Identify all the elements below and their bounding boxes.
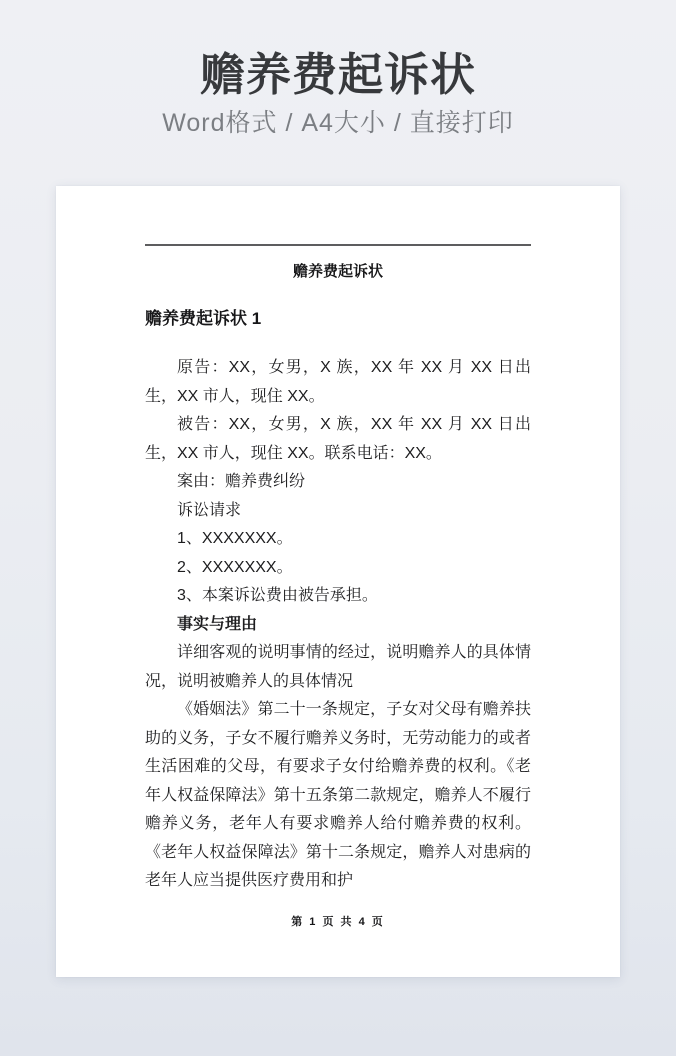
paragraph: 案由：赡养费纠纷 [145,468,531,497]
paragraph: 《婚姻法》第二十一条规定，子女对父母有赡养扶助的义务，子女不履行赡养义务时，无劳… [145,696,531,896]
paragraph: 1、XXXXXXX。 [145,525,531,554]
paragraph: 3、本案诉讼费由被告承担。 [145,582,531,611]
document-body: 原告：XX，女男，X 族，XX 年 XX 月 XX 日出生，XX 市人，现住 X… [145,354,531,896]
document-content: 赡养费起诉状 赡养费起诉状 1 原告：XX，女男，X 族，XX 年 XX 月 X… [56,186,620,896]
page-number: 第 1 页 共 4 页 [56,913,620,929]
paragraph: 原告：XX，女男，X 族，XX 年 XX 月 XX 日出生，XX 市人，现住 X… [145,354,531,411]
paragraph: 详细客观的说明事情的经过，说明赡养人的具体情况，说明被赡养人的具体情况 [145,639,531,696]
document-heading: 赡养费起诉状 1 [145,307,531,331]
page-title: 赡养费起诉状 [0,50,676,100]
document-title: 赡养费起诉状 [145,261,531,283]
paragraph: 2、XXXXXXX。 [145,554,531,583]
hero-header: 赡养费起诉状 Word格式 / A4大小 / 直接打印 [0,0,676,137]
document-page: 赡养费起诉状 赡养费起诉状 1 原告：XX，女男，X 族，XX 年 XX 月 X… [56,186,620,977]
paragraph: 被告：XX，女男，X 族，XX 年 XX 月 XX 日出生，XX 市人，现住 X… [145,411,531,468]
paragraph: 诉讼请求 [145,497,531,526]
paragraph: 事实与理由 [145,611,531,640]
page-subtitle: Word格式 / A4大小 / 直接打印 [0,109,676,137]
divider-line [145,244,531,246]
